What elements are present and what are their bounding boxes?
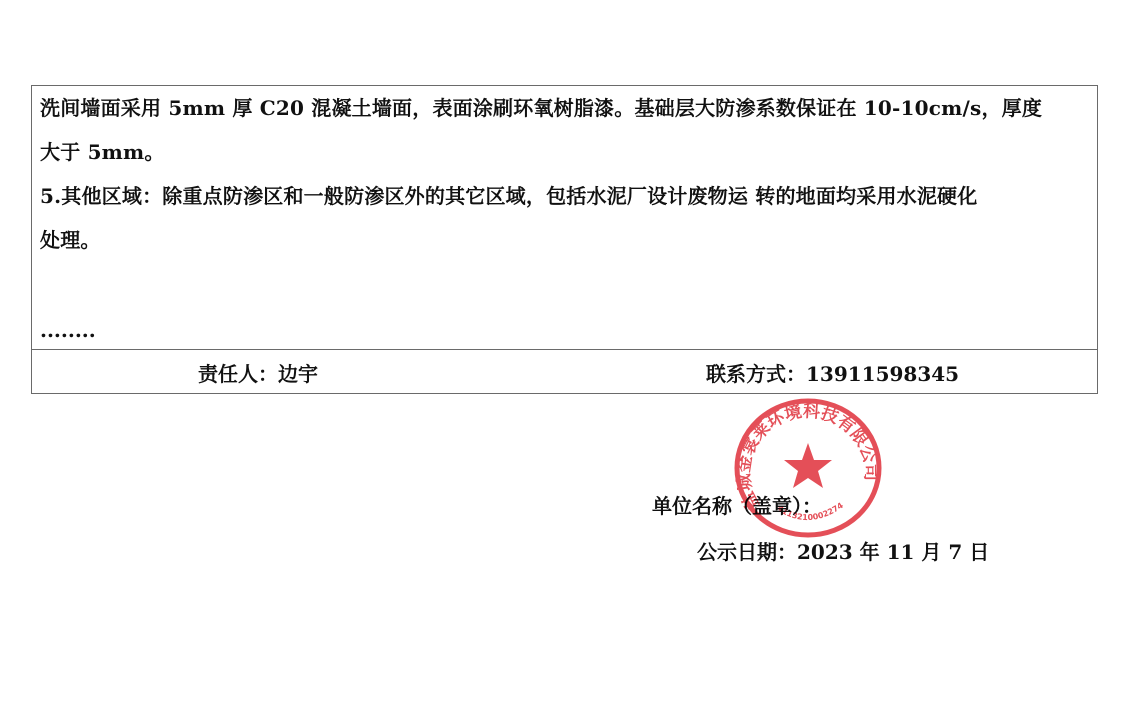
- paragraph-line: 5.其他区域：除重点防渗区和一般防渗区外的其它区域，包括水泥厂设计废物运 转的地…: [40, 182, 977, 210]
- stamp-code: 4113210002274: [775, 501, 845, 523]
- contact-info: 联系方式：13911598345: [706, 358, 959, 387]
- paragraph-line: 大于 5mm。: [40, 138, 165, 166]
- star-icon: [784, 443, 832, 488]
- publish-date: 公示日期：2023 年 11 月 7 日: [697, 536, 989, 565]
- ellipsis-line: ........: [40, 316, 96, 344]
- paragraph-line: 处理。: [40, 226, 101, 254]
- notice-table: 洗间墙面采用 5mm 厚 C20 混凝土墙面，表面涂刷环氧树脂漆。基础层大防渗系…: [31, 85, 1098, 394]
- svg-text:4113210002274: 4113210002274: [775, 501, 845, 523]
- footer-row: 责任人：边宇 联系方式：13911598345: [32, 350, 1097, 393]
- company-seal-stamp: 盐城金裳莱环境科技有限公司 4113210002274: [733, 397, 883, 539]
- responsible-person: 责任人：边宇: [198, 358, 318, 387]
- content-cell: 洗间墙面采用 5mm 厚 C20 混凝土墙面，表面涂刷环氧树脂漆。基础层大防渗系…: [32, 86, 1097, 350]
- paragraph-line: 洗间墙面采用 5mm 厚 C20 混凝土墙面，表面涂刷环氧树脂漆。基础层大防渗系…: [40, 94, 1042, 122]
